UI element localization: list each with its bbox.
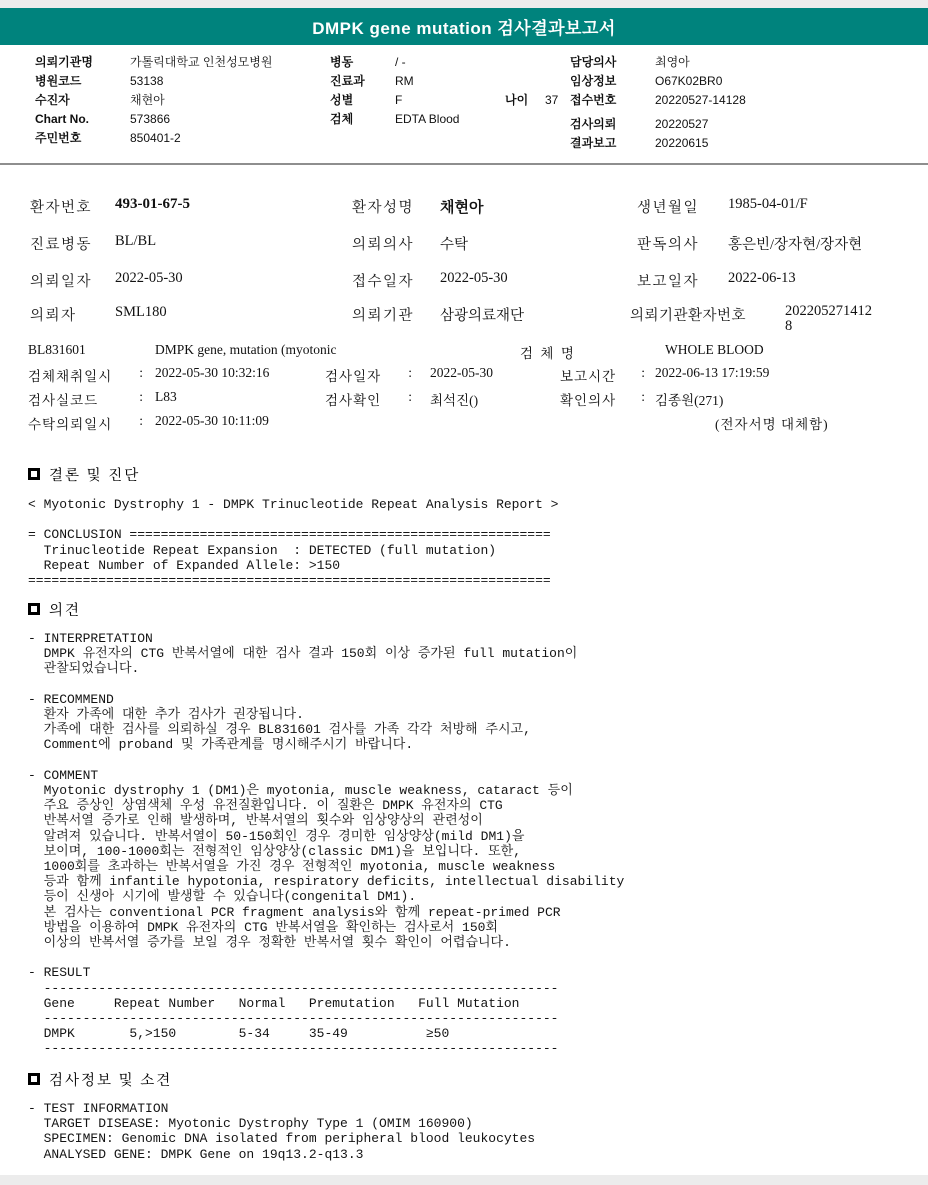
field-label: 보고일자 — [637, 270, 699, 291]
outsourcing-request-datetime: 2022-05-30 10:11:09 — [155, 413, 269, 429]
field-label: 의뢰기관명 — [35, 53, 130, 72]
test-row: 수탁의뢰일시:2022-05-30 10:11:09 (전자서명 대체함) — [0, 413, 928, 433]
field-label: Chart No. — [35, 110, 130, 129]
field-label: 보고시간: — [560, 365, 646, 385]
field-label: 의뢰기관환자번호 — [630, 304, 746, 325]
info-row: 주민번호850401-2 — [35, 129, 272, 148]
info-row: 진료과RM — [330, 72, 558, 91]
colon: : — [139, 389, 144, 409]
header-left-column: 의뢰기관명가톨릭대학교 인천성모병원 병원코드53138 수진자채현아 Char… — [35, 53, 272, 148]
report-page: DMPK gene mutation 검사결과보고서 의뢰기관명가톨릭대학교 인… — [0, 0, 928, 1185]
receipt-date: 2022-05-30 — [440, 270, 508, 287]
age-label: 나이 — [505, 91, 545, 110]
examinee-name: 채현아 — [130, 91, 165, 110]
field-label: 주민번호 — [35, 129, 130, 148]
label-text: 검사일자 — [325, 365, 381, 385]
patient-row: 환자번호493-01-67-5 환자성명채현아 생년월일1985-04-01/F — [0, 196, 928, 216]
info-row: 병원코드53138 — [35, 72, 272, 91]
section-marker-icon — [28, 603, 40, 615]
info-row: 임상정보O67K02BR0 — [570, 72, 746, 91]
field-label: 판독의사 — [637, 233, 699, 254]
page-margin-top — [0, 0, 928, 8]
report-date: 2022-06-13 — [728, 270, 796, 287]
department-value: RM — [395, 72, 414, 91]
field-label: 의뢰자 — [30, 304, 77, 325]
patient-row: 의뢰자SML180 의뢰기관삼광의료재단 의뢰기관환자번호20220527141… — [0, 304, 928, 324]
info-row: 병동/ - — [330, 53, 558, 72]
label-text: 검사확인 — [325, 389, 381, 409]
colon: : — [408, 365, 413, 385]
header-right-column: 담당의사최영아 임상정보O67K02BR0 접수번호20220527-14128… — [570, 53, 746, 153]
field-label: 의뢰기관 — [352, 304, 414, 325]
ordering-institution: 가톨릭대학교 인천성모병원 — [130, 53, 272, 72]
section-title-test-info: 검사정보 및 소견 — [28, 1071, 172, 1087]
patient-row: 진료병동BL/BL 의뢰의사수탁 판독의사홍은빈/장자현/장자현 — [0, 233, 928, 253]
report-banner: DMPK gene mutation 검사결과보고서 — [0, 8, 928, 45]
result-report-date: 20220615 — [655, 134, 708, 153]
specimen-type: EDTA Blood — [395, 110, 459, 129]
test-info-body: - TEST INFORMATION TARGET DISEASE: Myoto… — [28, 1101, 535, 1162]
field-label: 환자성명 — [352, 196, 414, 217]
section-marker-icon — [28, 1073, 40, 1085]
colon: : — [641, 389, 646, 409]
test-date: 2022-05-30 — [430, 365, 493, 381]
field-label: 검체채취일시: — [28, 365, 144, 385]
resident-number: 850401-2 — [130, 129, 181, 148]
patient-number: 493-01-67-5 — [115, 196, 190, 213]
field-label: 수탁의뢰일시: — [28, 413, 144, 433]
colon: : — [139, 365, 144, 385]
field-label: 검체 — [330, 110, 395, 129]
collection-datetime: 2022-05-30 10:32:16 — [155, 365, 269, 381]
colon: : — [641, 365, 646, 385]
field-label: 수진자 — [35, 91, 130, 110]
clinical-info: O67K02BR0 — [655, 72, 722, 91]
test-row: 검사실코드:L83 검사확인:최석진() 확인의사:김종원(271) — [0, 389, 928, 409]
section-title-text: 결론 및 진단 — [49, 464, 140, 485]
attending-doctor: 최영아 — [655, 53, 690, 72]
label-text: 수탁의뢰일시 — [28, 413, 112, 433]
section-marker-icon — [28, 468, 40, 480]
referring-institution: 삼광의료재단 — [440, 304, 524, 325]
hospital-code: 53138 — [130, 72, 163, 91]
birth-date: 1985-04-01/F — [728, 196, 808, 213]
test-header-row: BL831601 DMPK gene, mutation (myotonic 검… — [0, 342, 928, 362]
field-label: 결과보고 — [570, 134, 655, 153]
field-label: 검사확인: — [325, 389, 413, 409]
info-row: 성별F나이37 — [330, 91, 558, 110]
info-row: 수진자채현아 — [35, 91, 272, 110]
info-row: 결과보고20220615 — [570, 134, 746, 153]
info-row: 검체EDTA Blood — [330, 110, 558, 129]
info-row: 담당의사최영아 — [570, 53, 746, 72]
field-label: 의뢰일자 — [30, 270, 92, 291]
accession-number: 20220527-14128 — [655, 91, 746, 110]
order-date: 20220527 — [655, 115, 708, 134]
treatment-ward: BL/BL — [115, 233, 156, 250]
specimen-name-value: WHOLE BLOOD — [665, 342, 764, 358]
field-label: 병원코드 — [35, 72, 130, 91]
field-label: 검사실코드: — [28, 389, 144, 409]
page-margin-bottom — [0, 1175, 928, 1185]
section-title-text: 의견 — [49, 599, 81, 620]
conclusion-body: < Myotonic Dystrophy 1 - DMPK Trinucleot… — [28, 497, 559, 588]
section-title-conclusion: 결론 및 진단 — [28, 466, 140, 482]
request-date: 2022-05-30 — [115, 270, 183, 287]
patient-row: 의뢰일자2022-05-30 접수일자2022-05-30 보고일자2022-0… — [0, 270, 928, 290]
field-label: 의뢰의사 — [352, 233, 414, 254]
confirming-doctor: 김종원(271) — [655, 389, 723, 409]
info-row: 검사의뢰20220527 — [570, 115, 746, 134]
institution-patient-number: 2022052714128 — [785, 304, 877, 334]
referring-doctor: 수탁 — [440, 233, 468, 254]
label-text: 보고시간 — [560, 365, 616, 385]
report-title: DMPK gene mutation 검사결과보고서 — [312, 14, 616, 39]
field-label: 진료병동 — [30, 233, 92, 254]
opinion-body: - INTERPRETATION DMPK 유전자의 CTG 반복서열에 대한 … — [28, 631, 624, 1057]
patient-name: 채현아 — [440, 196, 483, 217]
field-label: 접수일자 — [352, 270, 414, 291]
field-label: 병동 — [330, 53, 395, 72]
field-label: 확인의사: — [560, 389, 646, 409]
age-value: 37 — [545, 91, 558, 110]
field-label: 임상정보 — [570, 72, 655, 91]
reading-doctor: 홍은빈/장자현/장자현 — [728, 233, 862, 254]
info-row: 의뢰기관명가톨릭대학교 인천성모병원 — [35, 53, 272, 72]
header-divider — [0, 163, 928, 165]
ward-value: / - — [395, 53, 406, 72]
section-title-text: 검사정보 및 소견 — [49, 1069, 172, 1090]
requester-code: SML180 — [115, 304, 167, 321]
colon: : — [139, 413, 144, 433]
test-name: DMPK gene, mutation (myotonic — [155, 342, 336, 358]
test-verifier: 최석진() — [430, 389, 478, 409]
sex-value: F — [395, 91, 505, 110]
field-label: 환자번호 — [30, 196, 92, 217]
test-row: 검체채취일시:2022-05-30 10:32:16 검사일자:2022-05-… — [0, 365, 928, 385]
field-label: 검사일자: — [325, 365, 413, 385]
info-row: Chart No.573866 — [35, 110, 272, 129]
lab-code: L83 — [155, 389, 177, 405]
field-label: 검사의뢰 — [570, 115, 655, 134]
report-datetime: 2022-06-13 17:19:59 — [655, 365, 769, 381]
header-middle-column: 병동/ - 진료과RM 성별F나이37 검체EDTA Blood — [330, 53, 558, 129]
specimen-name-label: 검 체 명 — [520, 342, 576, 362]
section-title-opinion: 의견 — [28, 601, 81, 617]
label-text: 확인의사 — [560, 389, 616, 409]
field-label: 성별 — [330, 91, 395, 110]
chart-number: 573866 — [130, 110, 170, 129]
electronic-signature-note: (전자서명 대체함) — [715, 413, 829, 433]
test-code: BL831601 — [28, 342, 86, 358]
field-label: 담당의사 — [570, 53, 655, 72]
label-text: 검체채취일시 — [28, 365, 112, 385]
field-label: 진료과 — [330, 72, 395, 91]
info-row: 접수번호20220527-14128 — [570, 91, 746, 110]
label-text: 검사실코드 — [28, 389, 98, 409]
field-label: 생년월일 — [637, 196, 699, 217]
field-label: 접수번호 — [570, 91, 655, 110]
colon: : — [408, 389, 413, 409]
